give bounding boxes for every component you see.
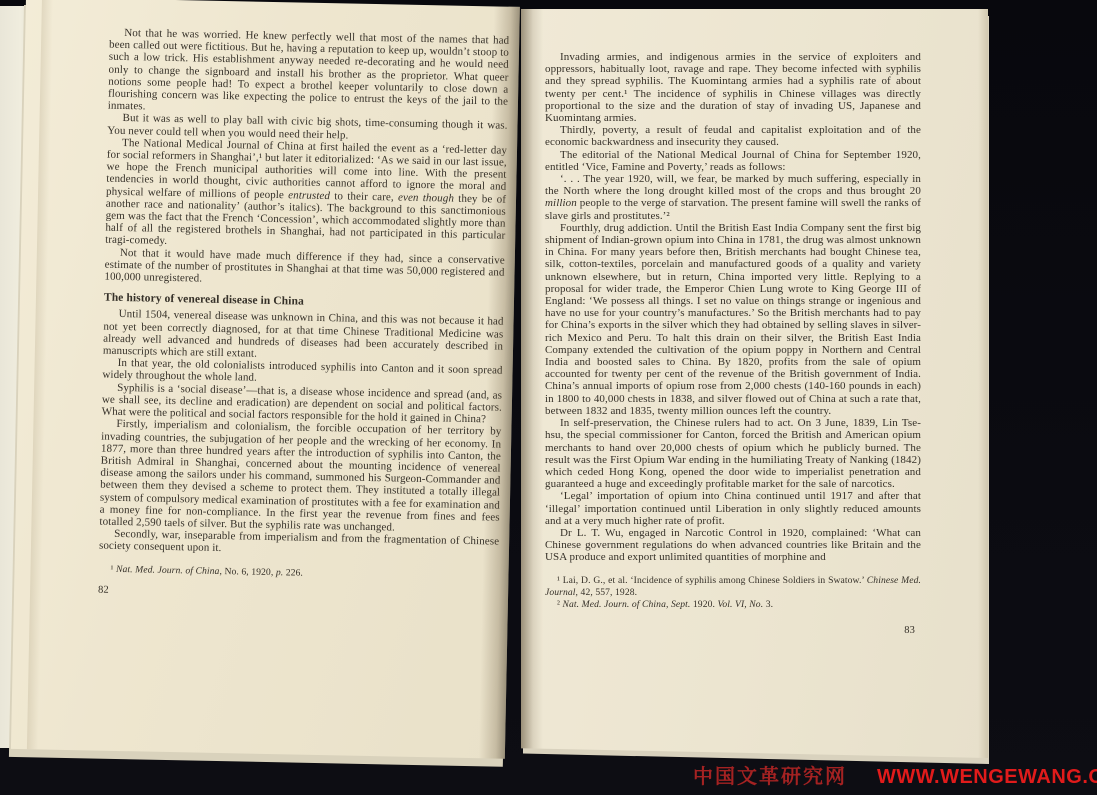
paragraph: Invading armies, and indigenous armies i… bbox=[545, 51, 921, 124]
footnotes: ¹ Lai, D. G., et al. ‘Incidence of syphi… bbox=[545, 575, 921, 611]
scanned-book-spread: Not that he was worried. He knew perfect… bbox=[0, 0, 1097, 795]
left-page: Not that he was worried. He knew perfect… bbox=[11, 0, 520, 759]
footnote: ¹ Lai, D. G., et al. ‘Incidence of syphi… bbox=[545, 575, 921, 599]
paragraph: Thirdly, poverty, a result of feudal and… bbox=[545, 124, 921, 148]
paragraph: The editorial of the National Medical Jo… bbox=[545, 149, 921, 173]
right-page: Invading armies, and indigenous armies i… bbox=[521, 9, 988, 758]
paragraph: Not that it would have made much differe… bbox=[104, 246, 505, 291]
paragraph: Until 1504, venereal disease was unknown… bbox=[103, 308, 504, 365]
watermark: 中国文革研究网 WWW.WENGEWANG.ORG bbox=[693, 760, 1097, 789]
paragraph: Dr L. T. Wu, engaged in Narcotic Control… bbox=[545, 527, 921, 564]
paragraph: In self-preservation, the Chinese rulers… bbox=[545, 417, 921, 490]
paragraph: Not that he was worried. He knew perfect… bbox=[108, 27, 510, 120]
watermark-site-name: 中国文革研究网 bbox=[693, 760, 847, 789]
left-page-text-column: Not that he was worried. He knew perfect… bbox=[98, 27, 509, 605]
paragraph: Firstly, imperialism and colonialism, th… bbox=[99, 418, 501, 536]
watermark-site-url: WWW.WENGEWANG.ORG bbox=[877, 766, 1097, 789]
paragraph: Fourthly, drug addiction. Until the Brit… bbox=[545, 222, 921, 417]
footnote: ¹ Nat. Med. Journ. of China, No. 6, 1920… bbox=[98, 563, 498, 583]
paragraph: ‘Legal’ importation of opium into China … bbox=[545, 490, 921, 527]
right-page-text-column: Invading armies, and indigenous armies i… bbox=[545, 51, 921, 637]
paragraph: The National Medical Journal of China at… bbox=[105, 136, 507, 254]
page-number: 82 bbox=[98, 584, 498, 604]
footnote: ² Nat. Med. Journ. of China, Sept. 1920.… bbox=[545, 599, 921, 611]
page-number: 83 bbox=[545, 625, 921, 637]
footnotes: ¹ Nat. Med. Journ. of China, No. 6, 1920… bbox=[98, 563, 498, 583]
paragraph: ‘. . . The year 1920, will, we fear, be … bbox=[545, 173, 921, 222]
